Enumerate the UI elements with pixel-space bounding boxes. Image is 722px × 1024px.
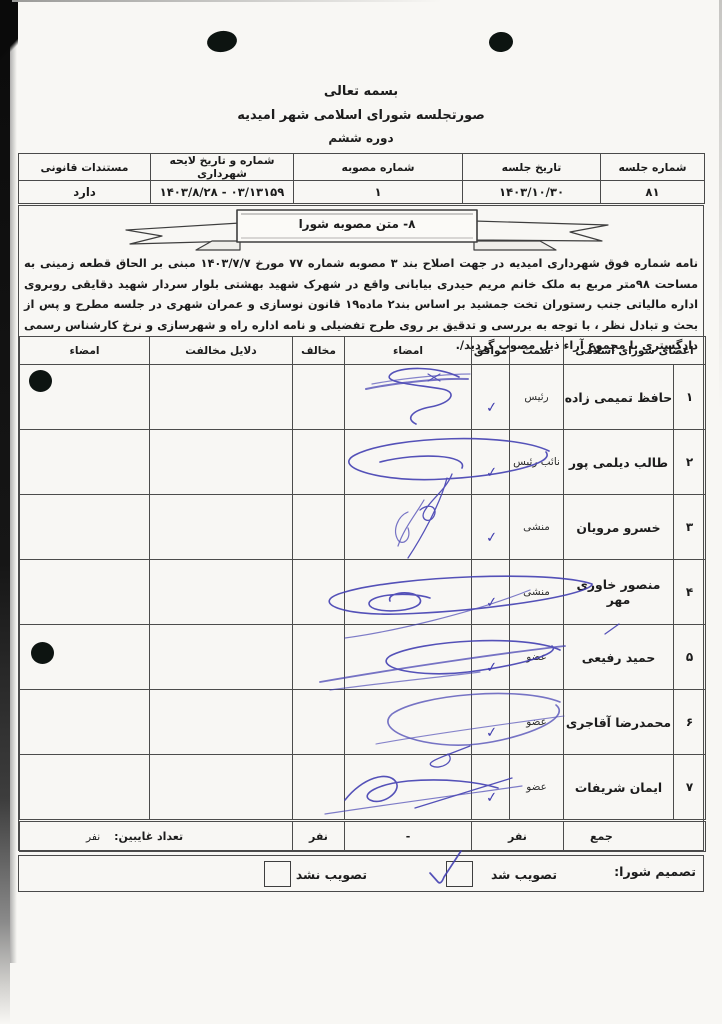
scan-top-edge <box>12 0 442 2</box>
bismillah-text: بسمه تعالی <box>18 84 704 99</box>
agree-column-header: موافق <box>472 337 510 365</box>
member-position: نائب رئیس <box>510 430 564 495</box>
member-row: ۲ طالب دیلمی پور نائب رئیس ✓ <box>20 430 706 495</box>
oppose-reason-cell <box>150 430 293 495</box>
agree-count-cell: نفر <box>472 821 564 852</box>
position-column-header: سمت <box>510 337 564 365</box>
oppose-cell <box>293 365 345 430</box>
banner-title: ۸- متن مصوبه شورا <box>237 217 477 231</box>
signature-cell <box>345 495 472 560</box>
agree-checkmark: ✓ <box>485 659 498 676</box>
bill-number-date-header: شماره و تاریخ لایحه شهرداری <box>151 154 294 181</box>
punch-hole-top-left <box>206 29 239 54</box>
oppose-cell <box>293 495 345 560</box>
scan-edge-shadow <box>10 0 17 963</box>
oppose-cell <box>293 690 345 755</box>
member-name: حافظ تمیمی زاده <box>564 365 674 430</box>
signature2-column-header: امضاء <box>20 337 150 365</box>
document-header: بسمه تعالی صورتجلسه شورای اسلامی شهر امی… <box>18 84 704 145</box>
member-row: ۵ حمید رفیعی عضو ✓ <box>20 625 706 690</box>
scan-corner-artifact <box>0 0 18 90</box>
absent-count-cell: تعداد غایبین:نفر <box>20 821 293 852</box>
signature-cell <box>345 755 472 821</box>
member-row: ۴ منصور خاوری مهر منشی ✓ <box>20 560 706 625</box>
legal-docs-value: دارد <box>19 181 151 204</box>
oppose-reasons-column-header: دلایل مخالفت <box>150 337 293 365</box>
member-name: ایمان شریفات <box>564 755 674 821</box>
oppose-cell <box>293 625 345 690</box>
total-label: جمع <box>564 821 706 852</box>
oppose-reason-cell <box>150 625 293 690</box>
oppose-column-header: مخالف <box>293 337 345 365</box>
signature-total-cell: - <box>345 821 472 852</box>
oppose-reason-cell <box>150 560 293 625</box>
council-term: دوره ششم <box>18 131 704 145</box>
approved-label: تصویب شد <box>491 867 557 882</box>
resolution-number-value: ۱ <box>294 181 463 204</box>
agree-checkmark: ✓ <box>485 789 498 806</box>
member-position: عضو <box>510 690 564 755</box>
rejected-checkbox <box>264 861 291 887</box>
member-row: ۱ حافظ تمیمی زاده رئیس ✓ <box>20 365 706 430</box>
punch-hole-top-right <box>488 31 514 53</box>
signature-cell <box>345 560 472 625</box>
signature2-cell <box>20 495 150 560</box>
council-decision-row: تصمیم شورا: تصویب شد تصویب نشد <box>18 855 704 892</box>
bill-number-date-value: ۰۳/۱۳۱۵۹ - ۱۴۰۳/۸/۲۸ <box>151 181 294 204</box>
signature2-cell <box>20 430 150 495</box>
info-header-row: شماره جلسه تاریخ جلسه شماره مصوبه شماره … <box>19 154 705 181</box>
member-position: عضو <box>510 625 564 690</box>
resolution-section-box: نامه شماره فوق شهرداری امیدیه در جهت اصل… <box>18 205 704 851</box>
totals-row: جمع نفر - نفر تعداد غایبین:نفر <box>20 821 706 852</box>
decision-label: تصمیم شورا: <box>614 864 696 879</box>
resolution-number-header: شماره مصوبه <box>294 154 463 181</box>
session-date-header: تاریخ جلسه <box>463 154 601 181</box>
member-row: ۶ محمدرضا آقاجری عضو ✓ <box>20 690 706 755</box>
agree-checkmark: ✓ <box>485 724 498 741</box>
member-name: طالب دیلمی پور <box>564 430 674 495</box>
oppose-cell <box>293 755 345 821</box>
agree-checkmark: ✓ <box>485 594 498 611</box>
signature2-cell <box>20 365 150 430</box>
members-column-header: اعضای شورای اسلامی <box>564 337 706 365</box>
rejected-label: تصویب نشد <box>296 867 367 882</box>
signature-cell <box>345 690 472 755</box>
oppose-reason-cell <box>150 690 293 755</box>
member-name: خسرو مرویان <box>564 495 674 560</box>
approved-option: تصویب شد <box>446 861 557 887</box>
member-name: منصور خاوری مهر <box>564 560 674 625</box>
oppose-cell <box>293 560 345 625</box>
member-position: عضو <box>510 755 564 821</box>
info-value-row: ۸۱ ۱۴۰۳/۱۰/۳۰ ۱ ۰۳/۱۳۱۵۹ - ۱۴۰۳/۸/۲۸ دار… <box>19 181 705 204</box>
member-name: محمدرضا آقاجری <box>564 690 674 755</box>
session-number-header: شماره جلسه <box>601 154 705 181</box>
rejected-option: تصویب نشد <box>264 861 367 887</box>
member-position: منشی <box>510 495 564 560</box>
document-title: صورتجلسه شورای اسلامی شهر امیدیه <box>18 108 704 123</box>
agree-checkmark: ✓ <box>485 529 498 546</box>
oppose-cell <box>293 430 345 495</box>
signature-column-header: امضاء <box>345 337 472 365</box>
oppose-reason-cell <box>150 755 293 821</box>
member-name: حمید رفیعی <box>564 625 674 690</box>
agree-checkmark: ✓ <box>485 399 498 416</box>
legal-docs-header: مستندات قانونی <box>19 154 151 181</box>
oppose-count-cell: نفر <box>293 821 345 852</box>
approved-checkbox <box>446 861 473 887</box>
session-number-value: ۸۱ <box>601 181 705 204</box>
session-info-table: شماره جلسه تاریخ جلسه شماره مصوبه شماره … <box>18 153 705 204</box>
oppose-reason-cell <box>150 365 293 430</box>
scan-edge-left <box>0 0 10 1024</box>
signature-cell <box>345 430 472 495</box>
member-row: ۳ خسرو مرویان منشی ✓ <box>20 495 706 560</box>
member-row: ۷ ایمان شریفات عضو ✓ <box>20 755 706 821</box>
agree-checkmark: ✓ <box>485 464 498 481</box>
session-date-value: ۱۴۰۳/۱۰/۳۰ <box>463 181 601 204</box>
signature2-cell <box>20 625 150 690</box>
member-position: منشی <box>510 560 564 625</box>
signature2-cell <box>20 690 150 755</box>
vote-table-header-row: اعضای شورای اسلامی سمت موافق امضاء مخالف… <box>20 337 706 365</box>
member-position: رئیس <box>510 365 564 430</box>
members-vote-table: اعضای شورای اسلامی سمت موافق امضاء مخالف… <box>19 336 706 852</box>
signature2-cell <box>20 755 150 821</box>
scanned-council-minutes-page: بسمه تعالی صورتجلسه شورای اسلامی شهر امی… <box>0 0 722 1024</box>
absent-label: تعداد غایبین: <box>114 830 183 843</box>
oppose-reason-cell <box>150 495 293 560</box>
absent-unit: نفر <box>86 831 100 843</box>
signature2-cell <box>20 560 150 625</box>
signature-cell <box>345 625 472 690</box>
signature-cell <box>345 365 472 430</box>
